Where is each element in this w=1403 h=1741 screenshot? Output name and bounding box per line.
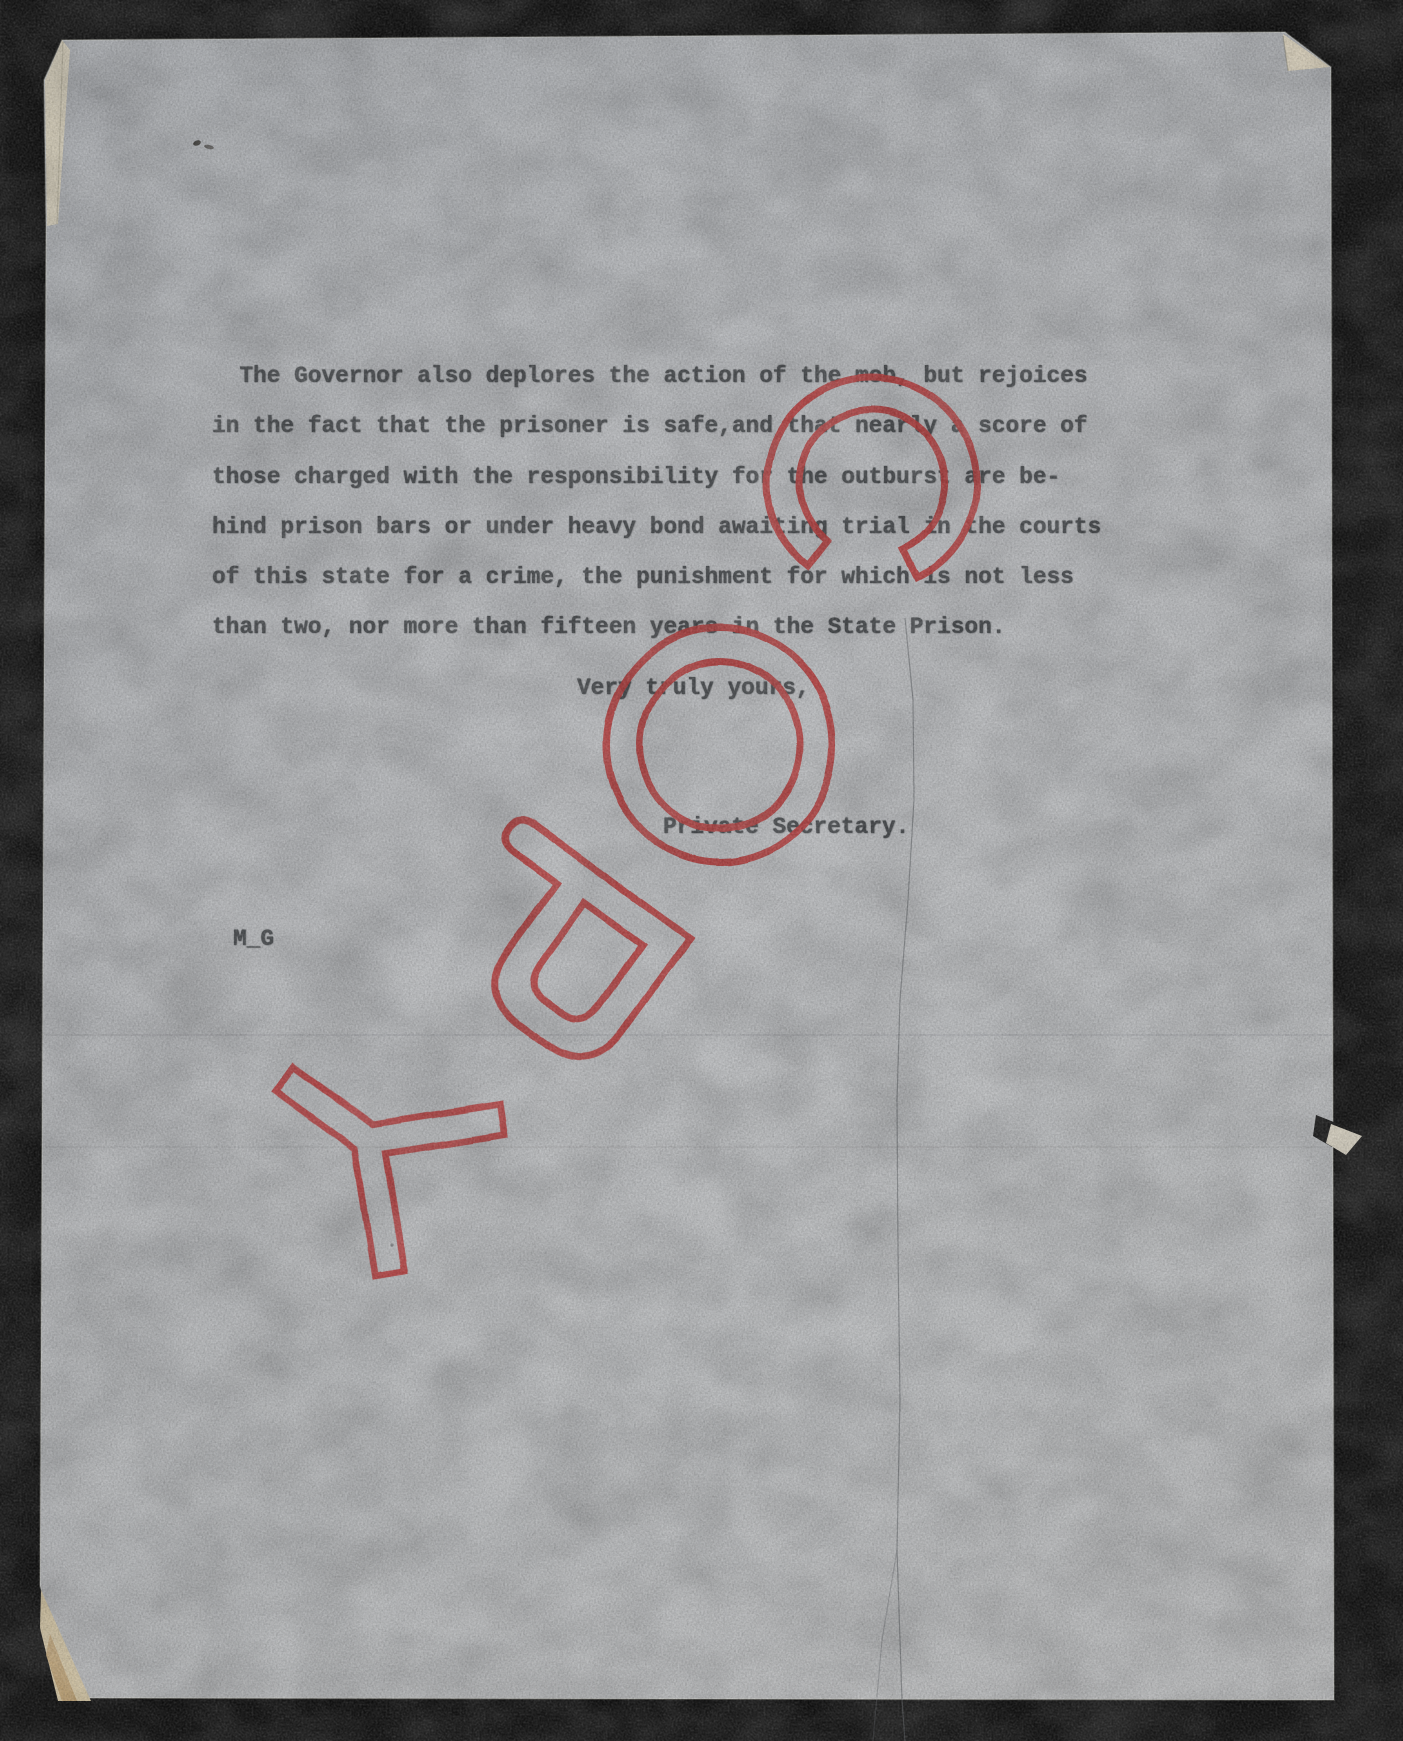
letter-closing: Very truly yours, — [577, 663, 810, 713]
letter-body-text: The Governor also deplores the action of… — [212, 351, 1101, 653]
letter-signature-title: Private Secretary. — [663, 802, 909, 852]
paper-sheet — [0, 0, 1403, 1741]
scanned-document: The Governor also deplores the action of… — [0, 0, 1403, 1741]
typist-initials: M_G — [233, 914, 274, 964]
paper-shadow-wrap — [0, 0, 1403, 1741]
